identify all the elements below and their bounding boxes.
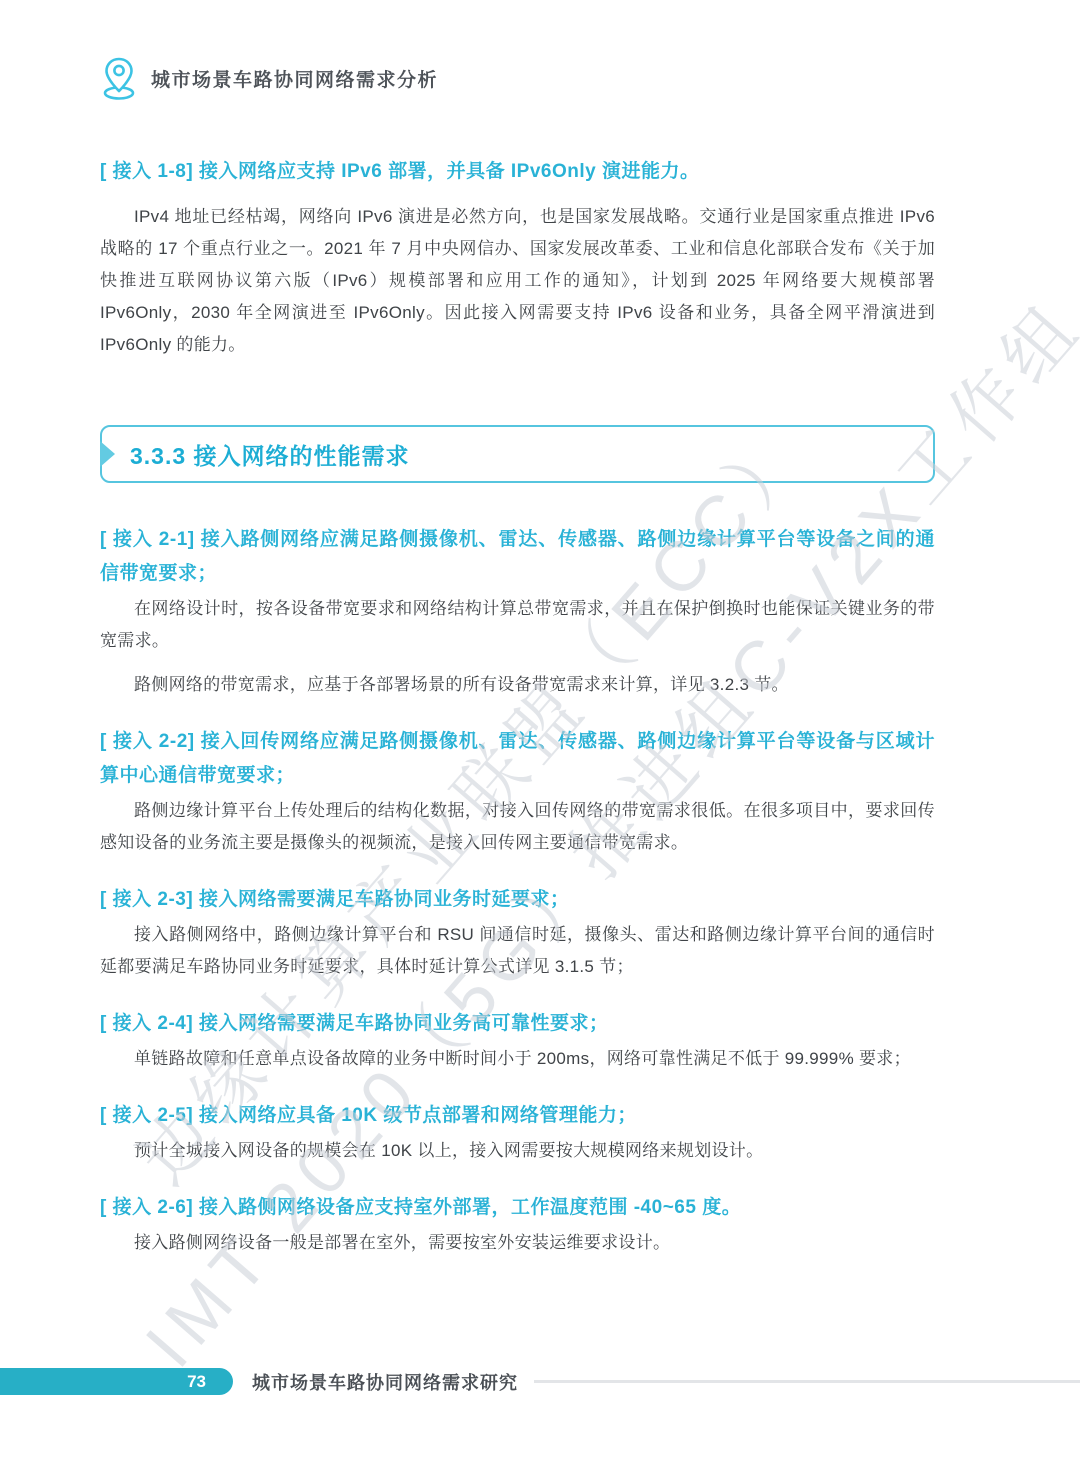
- requirement-block-2-5: [ 接入 2-5] 接入网络应具备 10K 级节点部署和网络管理能力； 预计全城…: [100, 1099, 935, 1167]
- page-number-badge: 73: [0, 1368, 233, 1395]
- requirement-paragraph: 路侧网络的带宽需求，应基于各部署场景的所有设备带宽需求来计算，详见 3.2.3 …: [100, 669, 935, 701]
- requirement-block-2-1: [ 接入 2-1] 接入路侧网络应满足路侧摄像机、雷达、传感器、路侧边缘计算平台…: [100, 523, 935, 701]
- document-page: 边缘计算产业联盟（ECC） IMT 2020（5G）推进组C-V2X工作组 城市…: [0, 0, 1080, 1465]
- location-pin-icon: [100, 56, 138, 100]
- requirement-block-2-6: [ 接入 2-6] 接入路侧网络设备应支持室外部署，工作温度范围 -40~65 …: [100, 1191, 935, 1259]
- requirement-heading-2-4: [ 接入 2-4] 接入网络需要满足车路协同业务高可靠性要求；: [100, 1007, 935, 1041]
- requirement-paragraph: 在网络设计时，按各设备带宽要求和网络结构计算总带宽需求，并且在保护倒换时也能保证…: [100, 593, 935, 657]
- section-heading-box: 3.3.3 接入网络的性能需求: [100, 425, 935, 483]
- requirement-heading-2-1: [ 接入 2-1] 接入路侧网络应满足路侧摄像机、雷达、传感器、路侧边缘计算平台…: [100, 523, 935, 591]
- requirement-heading-1-8: [ 接入 1-8] 接入网络应支持 IPv6 部署，并具备 IPv6Only 演…: [100, 157, 935, 187]
- requirement-paragraph: 单链路故障和任意单点设备故障的业务中断时间小于 200ms，网络可靠性满足不低于…: [100, 1043, 935, 1075]
- section-title: 3.3.3 接入网络的性能需求: [130, 438, 410, 471]
- page-footer: 73 城市场景车路协同网络需求研究: [0, 1368, 1080, 1395]
- footer-divider: [534, 1380, 1080, 1383]
- footer-title: 城市场景车路协同网络需求研究: [252, 1369, 518, 1395]
- requirement-body-1-8: IPv4 地址已经枯竭，网络向 IPv6 演进是必然方向，也是国家发展战略。交通…: [100, 201, 935, 361]
- page-header: 城市场景车路协同网络需求分析: [100, 55, 935, 101]
- requirement-heading-2-2: [ 接入 2-2] 接入回传网络应满足路侧摄像机、雷达、传感器、路侧边缘计算平台…: [100, 725, 935, 793]
- requirement-paragraph: 接入路侧网络设备一般是部署在室外，需要按室外安装运维要求设计。: [100, 1227, 935, 1259]
- requirement-paragraph: 路侧边缘计算平台上传处理后的结构化数据，对接入回传网络的带宽需求很低。在很多项目…: [100, 795, 935, 859]
- requirement-heading-2-5: [ 接入 2-5] 接入网络应具备 10K 级节点部署和网络管理能力；: [100, 1099, 935, 1133]
- requirement-paragraph: 预计全城接入网设备的规模会在 10K 以上，接入网需要按大规模网络来规划设计。: [100, 1135, 935, 1167]
- header-title: 城市场景车路协同网络需求分析: [151, 65, 438, 92]
- requirement-heading-2-6: [ 接入 2-6] 接入路侧网络设备应支持室外部署，工作温度范围 -40~65 …: [100, 1191, 935, 1225]
- requirement-block-2-2: [ 接入 2-2] 接入回传网络应满足路侧摄像机、雷达、传感器、路侧边缘计算平台…: [100, 725, 935, 859]
- requirement-heading-2-3: [ 接入 2-3] 接入网络需要满足车路协同业务时延要求；: [100, 883, 935, 917]
- requirement-paragraph: 接入路侧网络中，路侧边缘计算平台和 RSU 间通信时延，摄像头、雷达和路侧边缘计…: [100, 919, 935, 983]
- requirement-block-2-3: [ 接入 2-3] 接入网络需要满足车路协同业务时延要求； 接入路侧网络中，路侧…: [100, 883, 935, 983]
- triangle-arrow-icon: [100, 441, 115, 467]
- requirement-block-2-4: [ 接入 2-4] 接入网络需要满足车路协同业务高可靠性要求； 单链路故障和任意…: [100, 1007, 935, 1075]
